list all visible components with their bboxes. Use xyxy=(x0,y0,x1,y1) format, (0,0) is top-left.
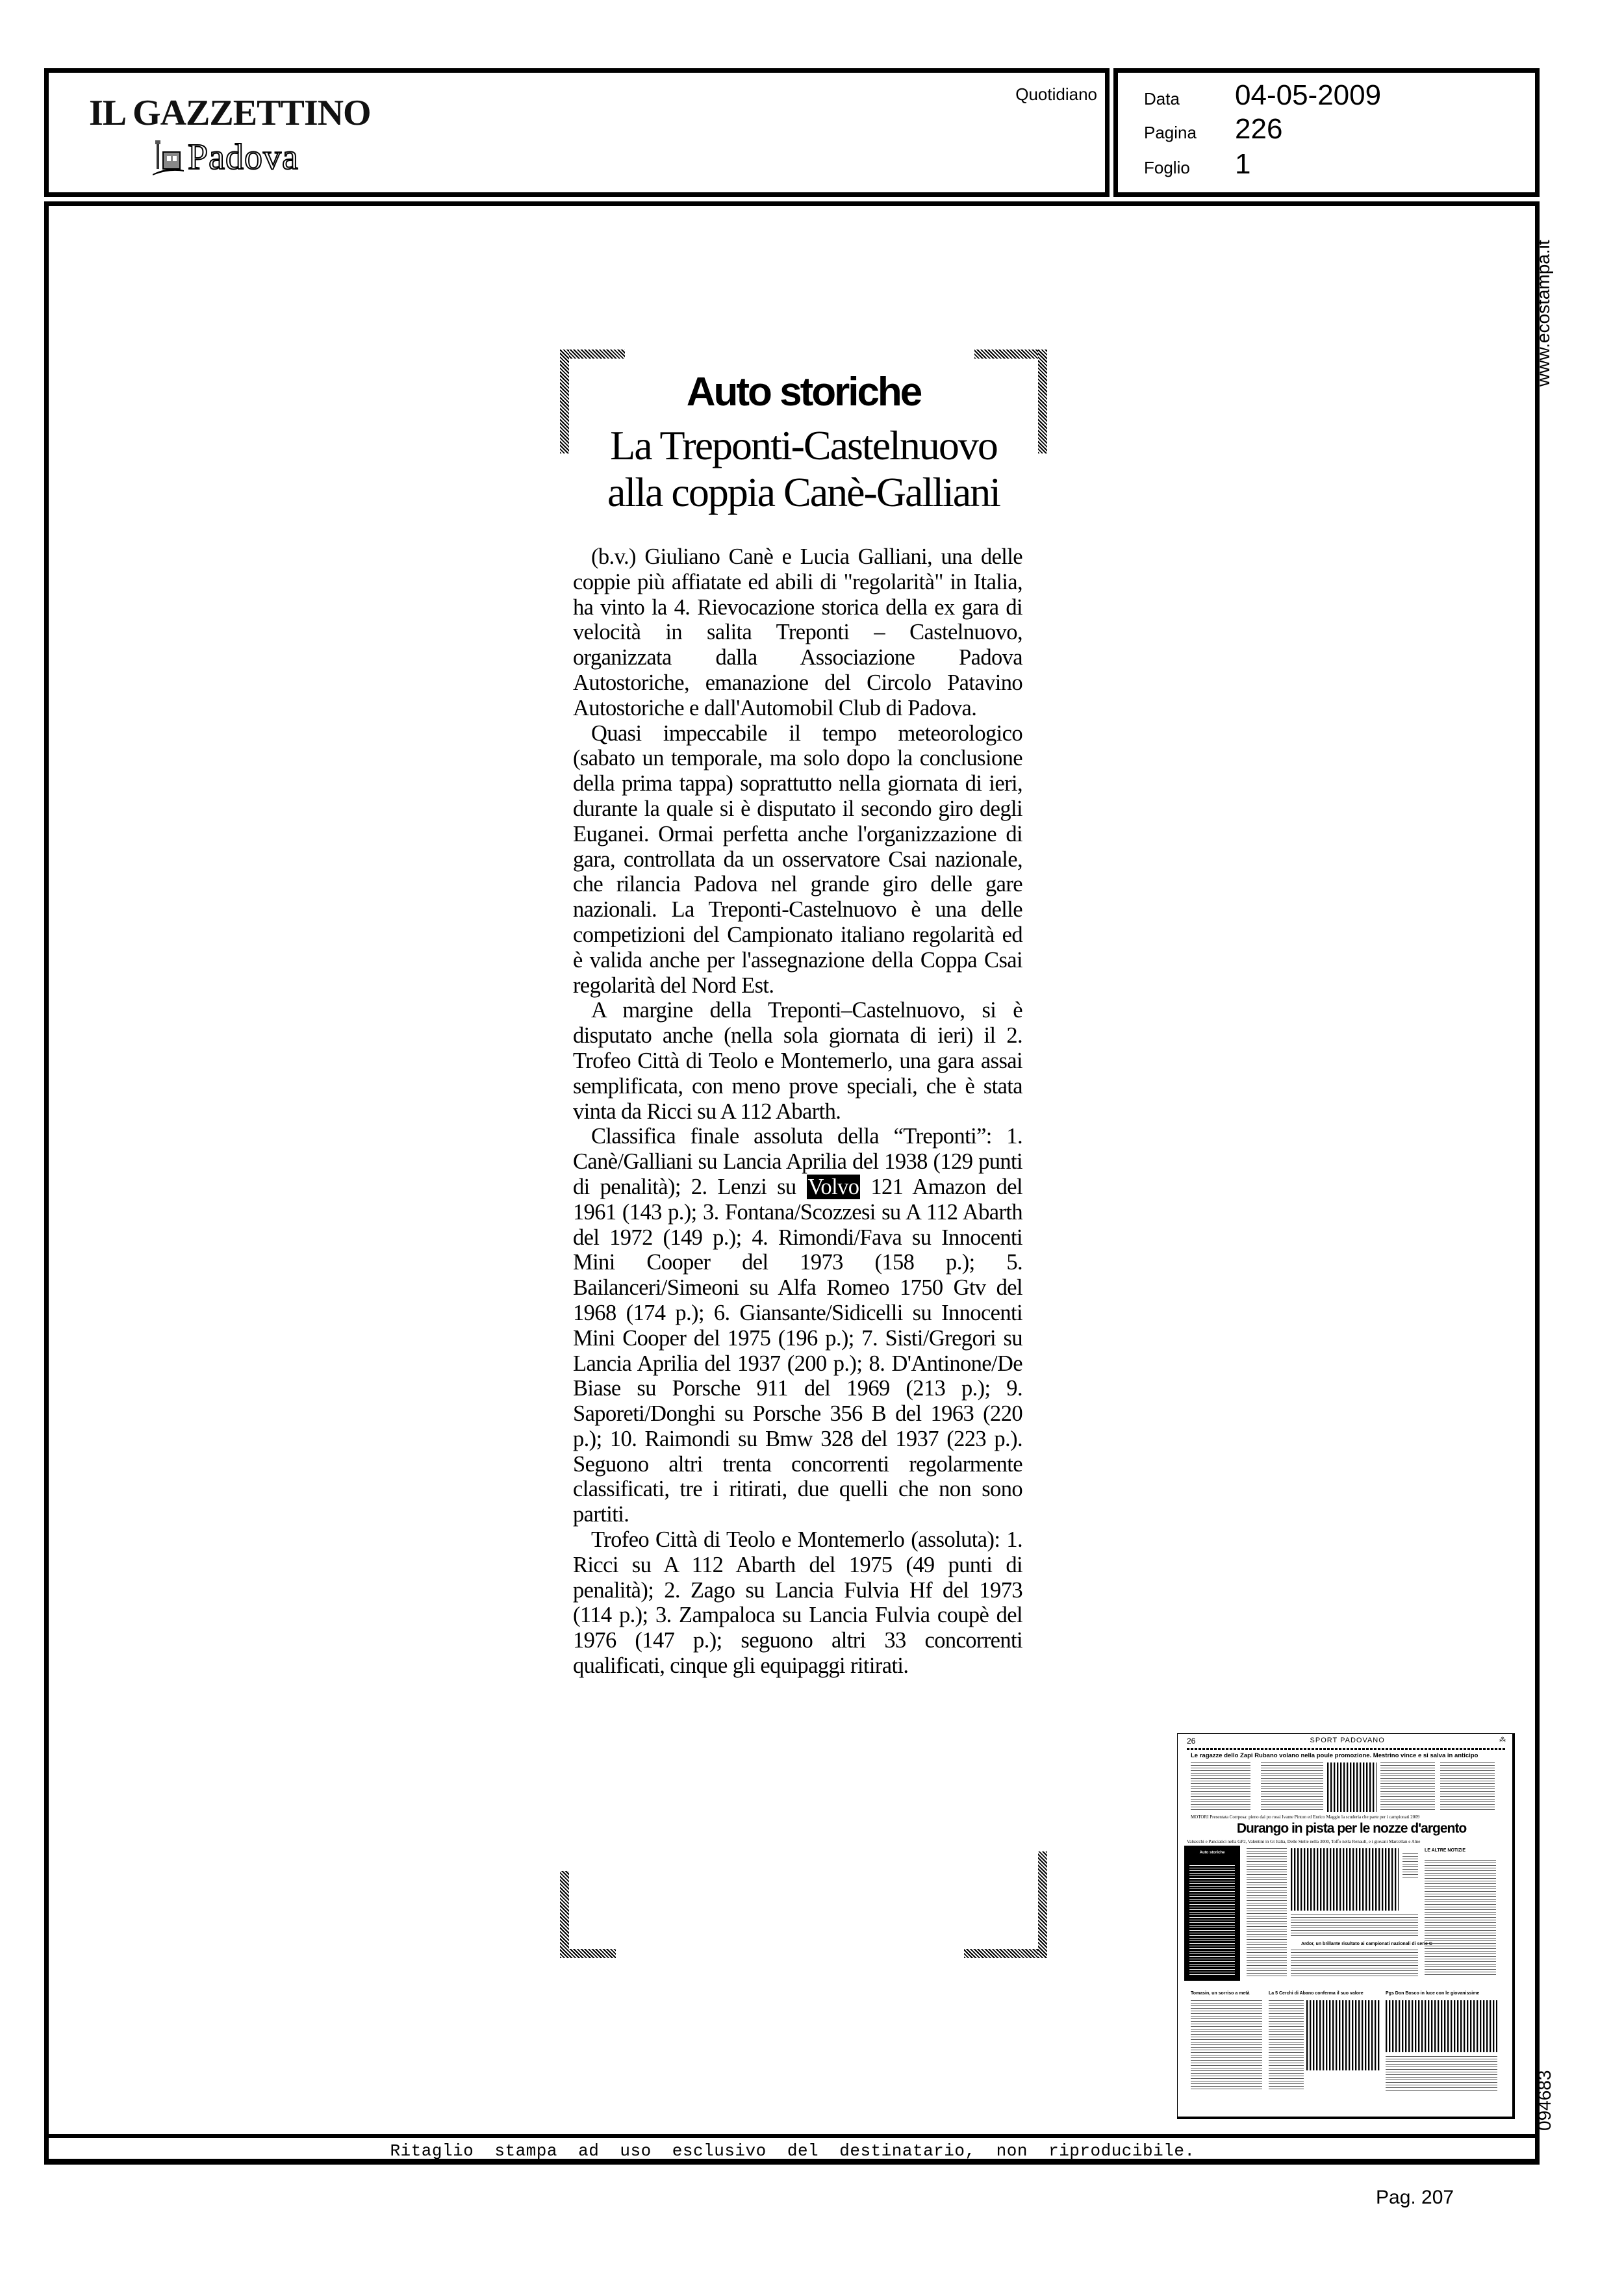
bracket-bottom-right xyxy=(964,1949,1047,1958)
thumb-subhead: Valsecchi e Panciatici nella GP2, Valent… xyxy=(1187,1839,1506,1844)
thumb-text-block xyxy=(1291,1950,1418,1978)
edition-logo: Padova xyxy=(153,138,299,175)
thumb-text-block xyxy=(1269,2000,1304,2091)
sheet-value: 1 xyxy=(1235,148,1250,181)
thumb-headline-b2: La 5 Cerchi di Abano conferma il suo val… xyxy=(1269,1991,1364,1996)
bracket-bottom-right-vertical xyxy=(1038,1851,1047,1958)
date-value: 04-05-2009 xyxy=(1235,79,1381,112)
edition-name: Padova xyxy=(188,139,299,175)
thumb-text-block xyxy=(1191,1762,1250,1812)
bracket-top-left xyxy=(560,350,625,359)
thumb-photo xyxy=(1291,1848,1399,1911)
classifica-after: 121 Amazon del 1961 (143 p.); 3. Fontana… xyxy=(573,1175,1022,1527)
paragraph: A margine della Treponti–Castelnuovo, si… xyxy=(573,998,1022,1124)
date-label: Data xyxy=(1144,89,1235,109)
page-thumbnail: 26 SPORT PADOVANO ⁂ Le ragazze dello Zap… xyxy=(1177,1733,1515,2119)
thumb-photo xyxy=(1327,1762,1377,1812)
footer-divider xyxy=(44,2134,1540,2138)
thumb-headline-b1: Tomasin, un sorriso a metà xyxy=(1191,1991,1250,1996)
thumb-headline-mid: Ardor, un brillante risultato ai campion… xyxy=(1301,1942,1432,1946)
thumb-text-block xyxy=(1380,1762,1435,1812)
highlighted-term: Volvo xyxy=(807,1175,861,1199)
page-label: Pagina xyxy=(1144,123,1235,143)
thumb-text-block xyxy=(1402,1853,1418,1879)
side-code: 094683 xyxy=(1534,2066,1560,2131)
bracket-bottom-left-vertical xyxy=(560,1871,569,1958)
side-url: www.ecostampa.it xyxy=(1533,218,1559,387)
thumb-article-box-title: Auto storiche xyxy=(1184,1851,1240,1855)
side-code-text: 094683 xyxy=(1534,2070,1555,2131)
thumb-section: SPORT PADOVANO xyxy=(1310,1736,1385,1746)
bracket-top-right xyxy=(974,350,1047,359)
copyright-notice: Ritaglio stampa ad uso esclusivo del des… xyxy=(49,2141,1536,2161)
thumb-rule xyxy=(1187,1748,1506,1750)
thumb-header: 26 SPORT PADOVANO ⁂ xyxy=(1187,1736,1506,1746)
thumb-page-number: 26 xyxy=(1187,1736,1195,1746)
thumb-article-box-text xyxy=(1189,1865,1235,1976)
page-value: 226 xyxy=(1235,113,1282,146)
classifica-paragraph: Classifica finale assoluta della “Trepon… xyxy=(573,1124,1022,1527)
thumb-caption: MOTORI Presentata Corrposa: pieno dai po… xyxy=(1191,1814,1506,1820)
headline-line-2: alla coppia Canè-Galliani xyxy=(560,469,1047,516)
thumb-text-block xyxy=(1247,1848,1287,1978)
thumb-text-block xyxy=(1261,1762,1323,1812)
paragraph: (b.v.) Giuliano Canè e Lucia Galliani, u… xyxy=(573,544,1022,721)
article-headline: La Treponti-Castelnuovo alla coppia Canè… xyxy=(560,422,1047,516)
publication-type: Quotidiano xyxy=(1015,84,1097,105)
sheet-row: Foglio 1 xyxy=(1144,148,1250,181)
thumb-text-block xyxy=(1386,2056,1497,2091)
publication-logo: IL GAZZETTINO xyxy=(89,92,371,134)
paragraph: Quasi impeccabile il tempo meteorologico… xyxy=(573,721,1022,999)
sheet-label: Foglio xyxy=(1144,158,1235,178)
thumb-text-block xyxy=(1425,1860,1496,1977)
thumb-text-block xyxy=(1191,2000,1262,2091)
article-body: (b.v.) Giuliano Canè e Lucia Galliani, u… xyxy=(573,544,1022,1679)
page-number: Pag. 207 xyxy=(1376,2187,1454,2209)
thumb-text-block xyxy=(1440,1762,1495,1812)
trofeo-paragraph: Trofeo Città di Teolo e Montemerlo (asso… xyxy=(573,1527,1022,1679)
city-skyline-icon xyxy=(153,138,184,175)
metadata-box: Data 04-05-2009 Pagina 226 Foglio 1 xyxy=(1113,68,1540,197)
masthead-box: IL GAZZETTINO Padova Quotidiano xyxy=(44,68,1110,197)
thumb-other-news: LE ALTRE NOTIZIE xyxy=(1425,1848,1465,1853)
page-row: Pagina 226 xyxy=(1144,113,1282,146)
article-kicker: Auto storiche xyxy=(560,369,1047,415)
thumb-logo: ⁂ xyxy=(1499,1736,1506,1746)
thumb-headline-top: Le ragazze dello Zapi Rubano volano nell… xyxy=(1191,1752,1506,1759)
thumb-photo xyxy=(1386,2000,1497,2052)
side-url-text: www.ecostampa.it xyxy=(1533,240,1554,387)
date-row: Data 04-05-2009 xyxy=(1144,79,1381,112)
thumb-main-headline: Durango in pista per le nozze d'argento xyxy=(1197,1821,1506,1837)
headline-line-1: La Treponti-Castelnuovo xyxy=(560,422,1047,469)
thumb-headline-b3: Pgs Don Bosco in luce con le giovanissim… xyxy=(1386,1991,1479,1996)
thumb-text-block xyxy=(1291,1914,1418,1937)
thumb-article-box: Auto storiche xyxy=(1184,1846,1240,1981)
thumb-photo xyxy=(1306,2000,1380,2070)
